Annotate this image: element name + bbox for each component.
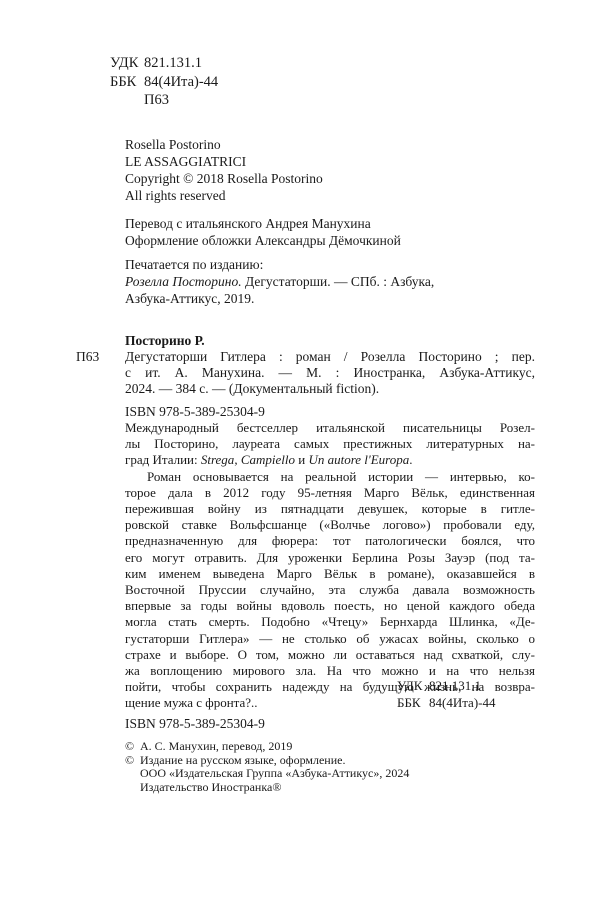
original-title: LE ASSAGGIATRICI	[125, 153, 323, 170]
copyright-icon: ©	[125, 754, 140, 768]
award-un-autore-leuropa: Un autore l'Europa	[308, 452, 409, 467]
annotation-line: густаторши Гитлера» — не столько об ужас…	[125, 631, 535, 647]
bib-author-heading: Посторино Р.	[125, 333, 535, 349]
original-author: Rosella Postorino	[125, 136, 323, 153]
udk-label: УДК	[397, 677, 429, 694]
bib-line: 2024. — 384 с. — (Документальный fiction…	[125, 381, 535, 397]
bib-author-mark: П63	[76, 349, 99, 365]
annotation-line: впервые за годы войны вдоволь поесть, но…	[125, 598, 535, 614]
printed-from: Печатается по изданию: Розелла Посторино…	[125, 256, 434, 307]
bibliographic-record: Посторино Р. Дегустаторши Гитлера : рома…	[125, 333, 535, 397]
copyright-row: © А. С. Манухин, перевод, 2019	[125, 740, 409, 754]
annotation-line: торое дала в 2012 году 95-летняя Марго В…	[125, 485, 535, 501]
udk-value: 821.131.1	[429, 677, 481, 694]
award-separator: и	[295, 452, 308, 467]
copyright-row: Издательство Иностранка®	[125, 781, 409, 795]
copyright-icon: ©	[125, 740, 140, 754]
udk-row: УДК 821.131.1	[110, 54, 218, 73]
annotation-line: ровской ставке Вольфсшанце («Волчье лого…	[125, 517, 535, 533]
bottom-classification: УДК 821.131.1 ББК 84(4Ита)-44	[397, 677, 496, 711]
annotation-line: его могут отравить. Для уроженки Берлина…	[125, 550, 535, 566]
bbk-label: ББК	[110, 73, 144, 92]
top-classification: УДК 821.131.1 ББК 84(4Ита)-44 П63	[110, 54, 218, 110]
printed-from-source: Розелла Посторино. Дегустаторши. — СПб. …	[125, 273, 434, 290]
award-campiello: Campiello	[241, 452, 295, 467]
annotation-line: пережившая войну из пятнадцати девушек, …	[125, 501, 535, 517]
printed-from-label: Печатается по изданию:	[125, 256, 434, 273]
isbn-bottom: ISBN 978-5-389-25304-9	[125, 716, 265, 732]
original-edition: Rosella Postorino LE ASSAGGIATRICI Copyr…	[125, 136, 323, 204]
annotation-line: ким именем выведена Марго Вёльк в романе…	[125, 566, 535, 582]
copyright-row: ООО «Издательская Группа «Азбука-Аттикус…	[125, 767, 409, 781]
original-copyright: Copyright © 2018 Rosella Postorino	[125, 170, 323, 187]
annotation: Международный бестселлер итальянской пис…	[125, 420, 535, 712]
printed-from-source-rest: Дегустаторши. — СПб. : Азбука,	[242, 274, 435, 289]
cover-design-credit: Оформление обложки Александры Дёмочкиной	[125, 232, 401, 249]
credits: Перевод с итальянского Андрея Манухина О…	[125, 215, 401, 249]
annotation-line: Роман основывается на реальной истории —…	[125, 469, 535, 485]
bbk-value: 84(4Ита)-44	[144, 73, 218, 92]
udk-value: 821.131.1	[144, 54, 202, 73]
copyright-translation: А. С. Манухин, перевод, 2019	[140, 740, 292, 754]
annotation-line: Восточной Пруссии случайно, эта служба д…	[125, 582, 535, 598]
awards-end: .	[409, 452, 412, 467]
bbk-row: ББК 84(4Ита)-44	[397, 694, 496, 711]
copyright-edition: Издание на русском языке, оформление.	[140, 754, 345, 768]
annotation-line: Международный бестселлер итальянской пис…	[125, 420, 535, 436]
annotation-line: страхе и выборе. О том, можно ли остават…	[125, 647, 535, 663]
award-strega: Strega	[201, 452, 234, 467]
printed-from-author: Розелла Посторино.	[125, 274, 242, 289]
bbk-row: ББК 84(4Ита)-44	[110, 73, 218, 92]
copyright-notices: © А. С. Манухин, перевод, 2019 © Издание…	[125, 740, 409, 794]
annotation-line: могла стать смерть. Подобно «Чтецу» Берн…	[125, 614, 535, 630]
annotation-line: предназначенную для фюрера: тот патологи…	[125, 533, 535, 549]
bib-line: Дегустаторши Гитлера : роман / Розелла П…	[125, 349, 535, 365]
udk-row: УДК 821.131.1	[397, 677, 496, 694]
copyright-publisher-group: ООО «Издательская Группа «Азбука-Аттикус…	[140, 767, 409, 781]
original-rights: All rights reserved	[125, 187, 323, 204]
bib-line: с ит. А. Манухина. — М. : Иностранка, Аз…	[125, 365, 535, 381]
copyright-row: © Издание на русском языке, оформление.	[125, 754, 409, 768]
author-mark: П63	[144, 91, 169, 110]
printed-from-source-line2: Азбука-Аттикус, 2019.	[125, 290, 434, 307]
bbk-label: ББК	[397, 694, 429, 711]
translation-credit: Перевод с итальянского Андрея Манухина	[125, 215, 401, 232]
annotation-line-awards: град Италии: Strega, Campiello и Un auto…	[125, 452, 535, 468]
annotation-line: лы Посторино, лауреата самых престижных …	[125, 436, 535, 452]
udk-label: УДК	[110, 54, 144, 73]
author-mark-row: П63	[110, 91, 218, 110]
copyright-publisher: Издательство Иностранка®	[140, 781, 281, 795]
isbn-top: ISBN 978-5-389-25304-9	[125, 404, 265, 420]
bbk-value: 84(4Ита)-44	[429, 694, 496, 711]
awards-prefix: град Италии:	[125, 452, 201, 467]
